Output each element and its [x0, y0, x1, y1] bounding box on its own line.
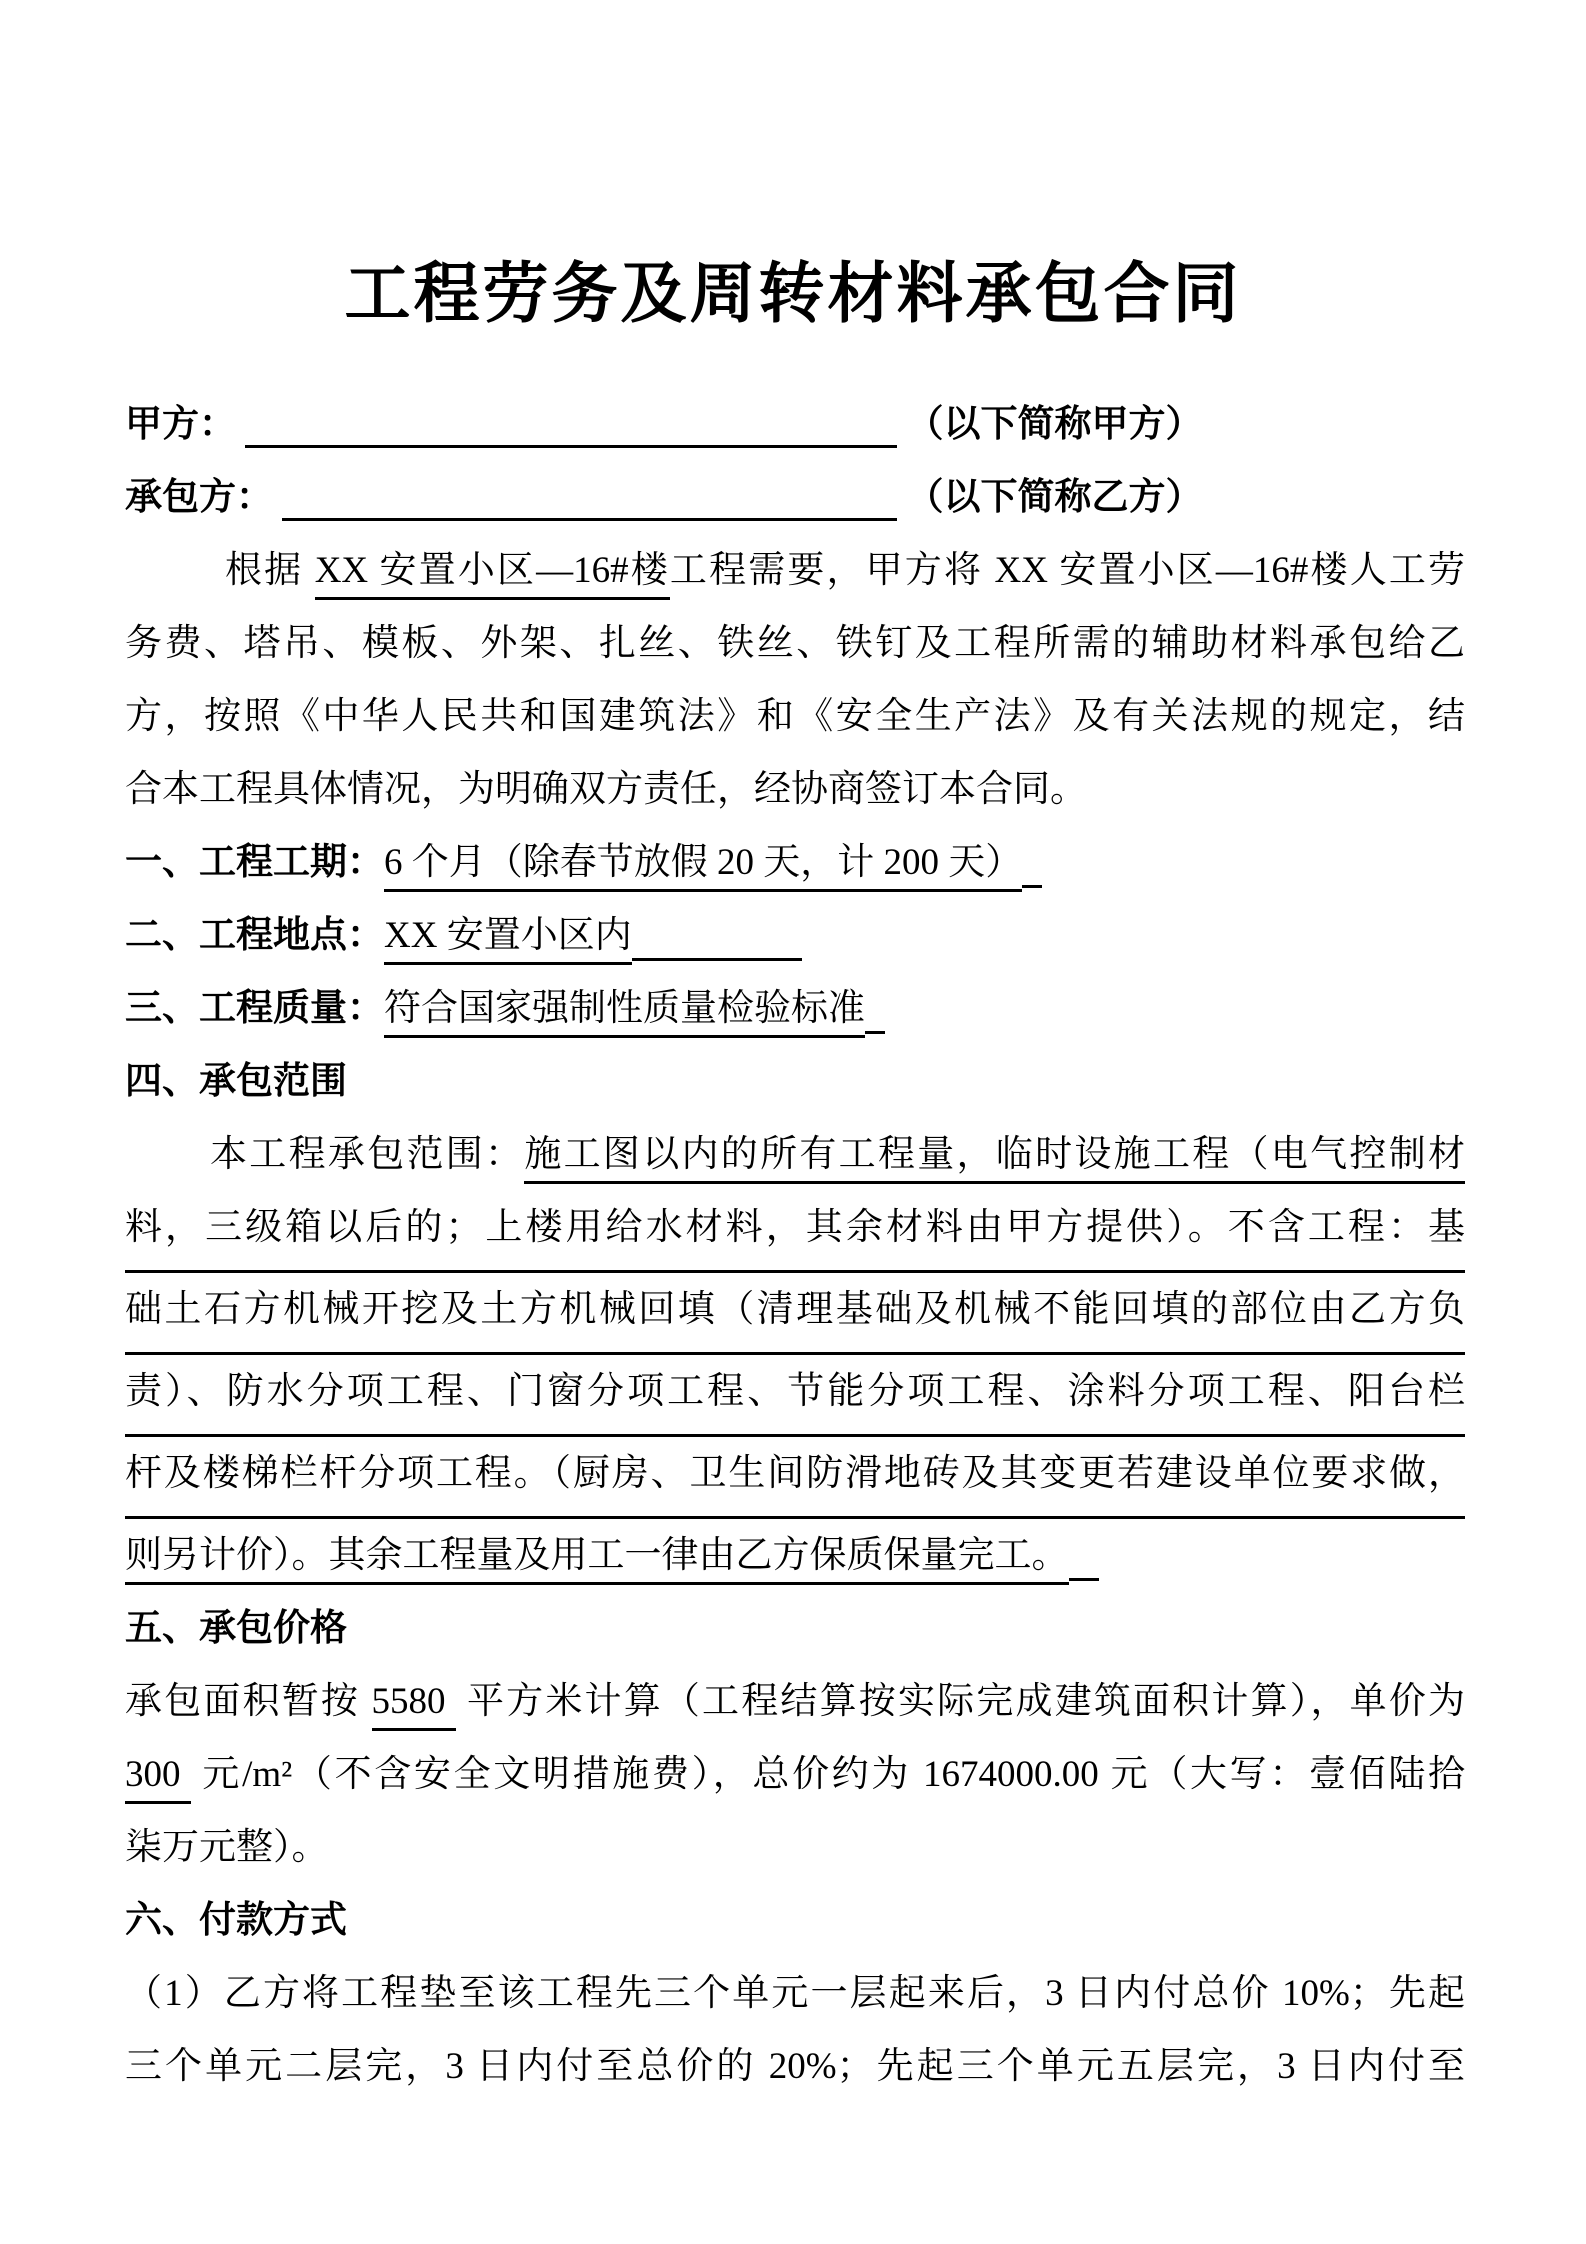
scope-line-3: 础土石方机械开挖及土方机械回填（清理基础及机械不能回填的部位由乙方负: [125, 1273, 1465, 1355]
intro-underlined-project: XX 安置小区—16#楼: [315, 550, 670, 600]
underline-extension: [632, 928, 802, 961]
term-location-label: 二、工程地点：: [125, 915, 384, 956]
term-quality-value: 符合国家强制性质量检验标准: [384, 988, 865, 1038]
document-body: 甲方： （以下简称甲方） 承包方： （以下简称乙方） 根据 XX 安置小区—16…: [125, 388, 1465, 2103]
contract-document-page: 工程劳务及周转材料承包合同 甲方： （以下简称甲方） 承包方： （以下简称乙方）…: [0, 0, 1586, 2244]
party-b-blank-underline: [282, 488, 897, 521]
party-a-blank-underline: [245, 415, 897, 448]
intro-line-4: 合本工程具体情况，为明确双方责任，经协商签订本合同。: [125, 753, 1465, 826]
intro-text: 根据: [225, 550, 315, 591]
term-duration-value: 6 个月（除春节放假 20 天，计 200 天）: [384, 842, 1022, 892]
party-a-line: 甲方： （以下简称甲方）: [125, 388, 1465, 461]
price-text: 元/m²（不含安全文明措施费），总价约为 1674000.00 元（大写：壹佰陆…: [191, 1754, 1466, 1795]
intro-line-2: 务费、塔吊、模板、外架、扎丝、铁丝、铁钉及工程所需的辅助材料承包给乙: [125, 607, 1465, 680]
heading-price: 五、承包价格: [125, 1592, 1465, 1665]
payment-line-2: 三个单元二层完，3 日内付至总价的 20%；先起三个单元五层完，3 日内付至: [125, 2030, 1465, 2103]
underline-extension: [1069, 1548, 1099, 1581]
price-text: 平方米计算（工程结算按实际完成建筑面积计算），单价为: [456, 1681, 1465, 1722]
party-b-line: 承包方： （以下简称乙方）: [125, 461, 1465, 534]
heading-payment: 六、付款方式: [125, 1884, 1465, 1957]
underline-extension: [1022, 855, 1042, 888]
scope-line-1: 本工程承包范围：施工图以内的所有工程量，临时设施工程（电气控制材: [125, 1118, 1465, 1191]
party-b-suffix: （以下简称乙方）: [907, 477, 1203, 518]
scope-lead-text: 本工程承包范围：: [210, 1134, 524, 1175]
payment-line-1: （1）乙方将工程垫至该工程先三个单元一层起来后，3 日内付总价 10%；先起: [125, 1957, 1465, 2030]
document-title: 工程劳务及周转材料承包合同: [0, 240, 1586, 335]
scope-underlined-text: 施工图以内的所有工程量，临时设施工程（电气控制材: [524, 1134, 1465, 1184]
price-line-1: 承包面积暂按 5580 平方米计算（工程结算按实际完成建筑面积计算），单价为: [125, 1665, 1465, 1738]
term-location-value: XX 安置小区内: [384, 915, 632, 965]
scope-line-4: 责）、防水分项工程、门窗分项工程、节能分项工程、涂料分项工程、阳台栏: [125, 1355, 1465, 1437]
term-quality-line: 三、工程质量：符合国家强制性质量检验标准: [125, 972, 1465, 1045]
intro-text: 工程需要，甲方将 XX 安置小区—16#楼人工劳: [670, 550, 1465, 591]
price-unit-value: 300: [125, 1754, 191, 1804]
intro-line-3: 方，按照《中华人民共和国建筑法》和《安全生产法》及有关法规的规定，结: [125, 680, 1465, 753]
scope-underlined-text: 则另计价）。其余工程量及用工一律由乙方保质保量完工。: [125, 1535, 1069, 1585]
price-area-value: 5580: [372, 1681, 456, 1731]
scope-line-5: 杆及楼梯栏杆分项工程。（厨房、卫生间防滑地砖及其变更若建设单位要求做，: [125, 1437, 1465, 1519]
intro-line-1: 根据 XX 安置小区—16#楼工程需要，甲方将 XX 安置小区—16#楼人工劳: [125, 534, 1465, 607]
party-b-label: 承包方：: [125, 477, 273, 518]
term-location-line: 二、工程地点：XX 安置小区内: [125, 899, 1465, 972]
heading-scope: 四、承包范围: [125, 1045, 1465, 1118]
term-duration-label: 一、工程工期：: [125, 842, 384, 883]
price-text: 承包面积暂按: [125, 1681, 372, 1722]
term-quality-label: 三、工程质量：: [125, 988, 384, 1029]
party-a-label: 甲方：: [125, 404, 236, 445]
term-duration-line: 一、工程工期：6 个月（除春节放假 20 天，计 200 天）: [125, 826, 1465, 899]
price-line-2: 300 元/m²（不含安全文明措施费），总价约为 1674000.00 元（大写…: [125, 1738, 1465, 1811]
underline-extension: [865, 1001, 885, 1034]
scope-line-6: 则另计价）。其余工程量及用工一律由乙方保质保量完工。: [125, 1519, 1465, 1592]
scope-line-2: 料，三级箱以后的；上楼用给水材料，其余材料由甲方提供）。不含工程：基: [125, 1191, 1465, 1273]
party-a-suffix: （以下简称甲方）: [907, 404, 1203, 445]
price-line-3: 柒万元整）。: [125, 1811, 1465, 1884]
